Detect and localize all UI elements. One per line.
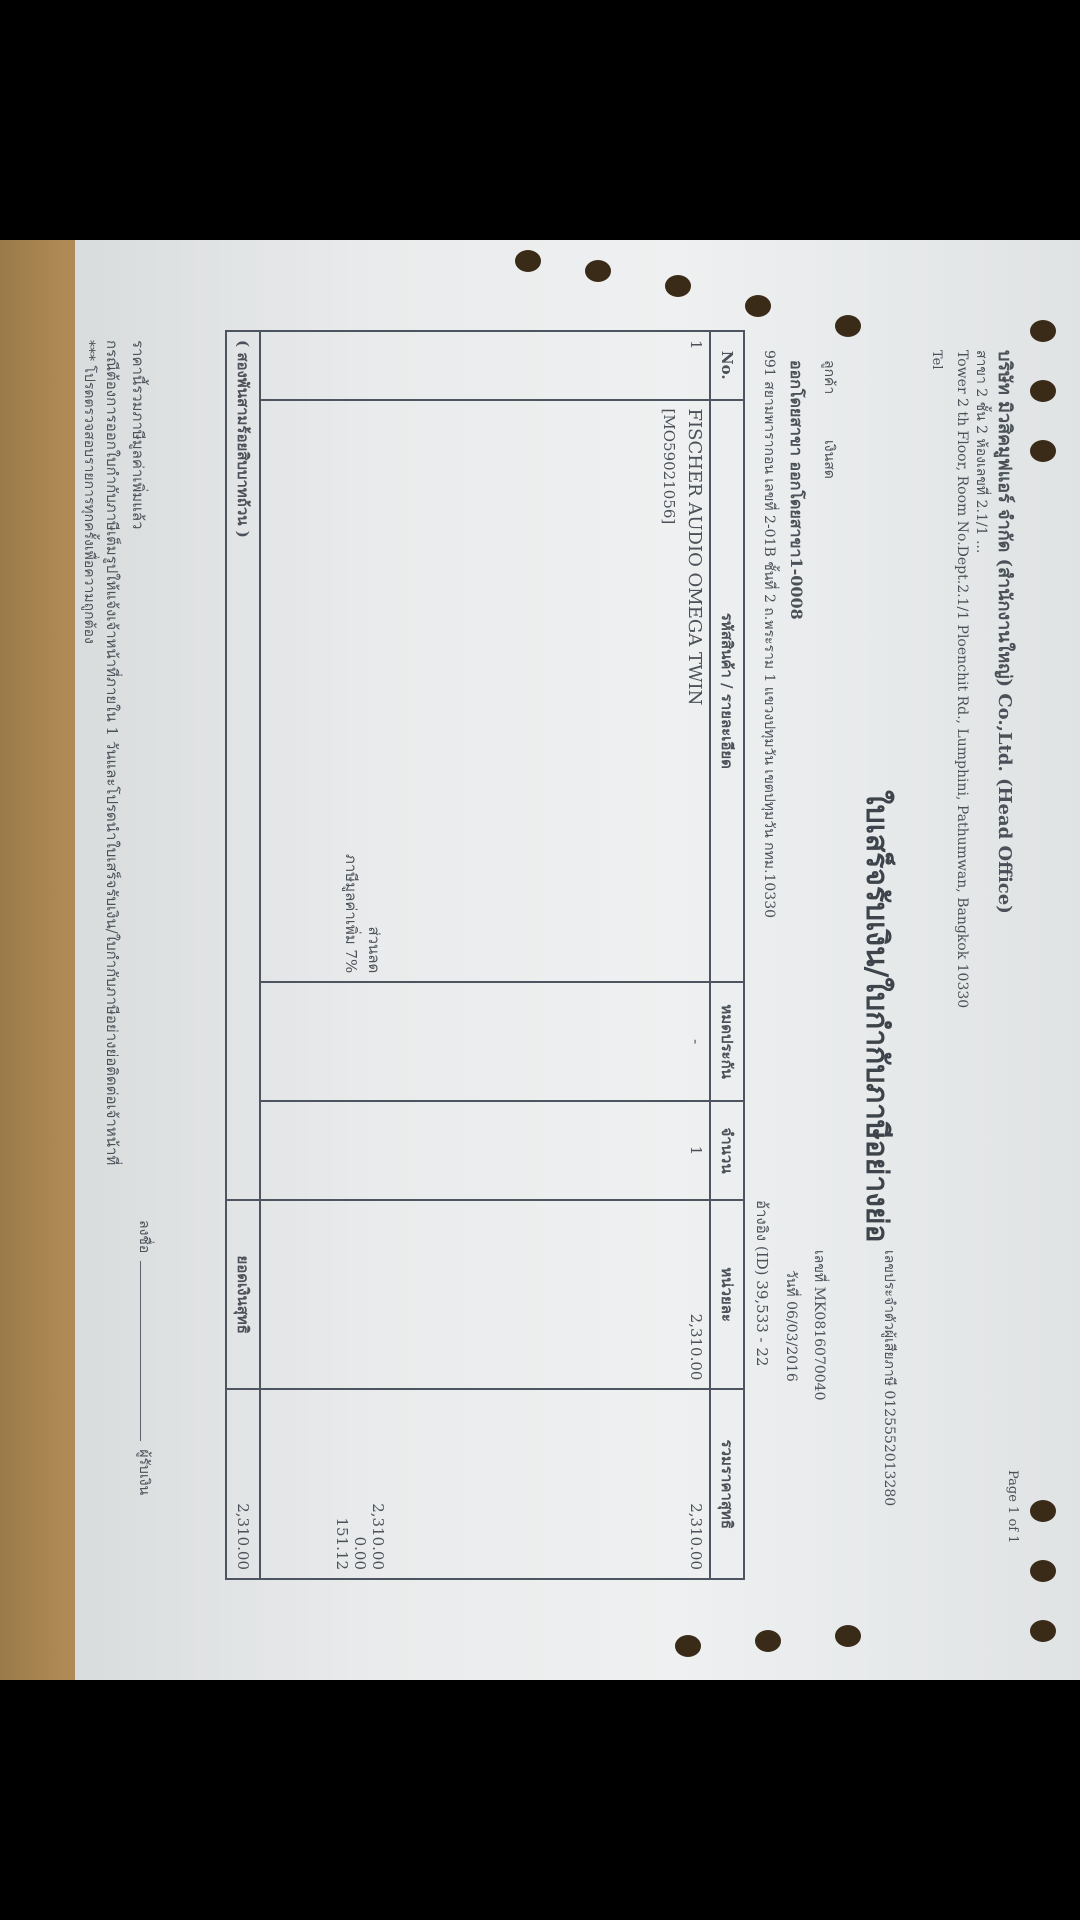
discount-value: 0.00	[351, 1398, 369, 1570]
product-name: FISCHER AUDIO OMEGA TWIN	[684, 409, 705, 974]
table-header-row: No. รหัสสินค้า / รายละเอียด หมดประกัน จำ…	[710, 331, 744, 1579]
col-amount: รวมราคาสุทธิ	[710, 1389, 744, 1579]
row-warranty: -	[260, 982, 710, 1101]
col-unit-price: หน่วยละ	[710, 1200, 744, 1390]
customer-label: ลูกค้า	[818, 360, 840, 394]
row-description: FISCHER AUDIO OMEGA TWIN [MO59021056] ส่…	[260, 400, 710, 983]
full-tax-invoice-note: กรณีต้องการออกใบกำกับภาษีเต็มรูปให้แจ้งเ…	[100, 340, 124, 1165]
check-items-note: *** โปรดตรวจสอบรายการทุกครั้งเพื่อความถู…	[78, 340, 100, 644]
net-label: ยอดเงินสุทธิ	[226, 1200, 260, 1390]
summary-labels: ส่วนลด ภาษีมูลค่าเพิ่ม 7%	[340, 854, 385, 973]
discount-label: ส่วนลด	[363, 854, 386, 973]
total-row: ( สองพันสามร้อยสิบบาทถ้วน ) ยอดเงินสุทธิ…	[226, 331, 260, 1579]
col-warranty: หมดประกัน	[710, 982, 744, 1101]
company-name: บริษัท มิวสิคมูฟแอร์ จำกัด (สำนักงานใหญ่…	[991, 350, 1020, 914]
row-qty: 1	[260, 1101, 710, 1200]
vat-value: 151.12	[333, 1398, 351, 1570]
signature-line: ลงชื่อผู้รับเงิน	[133, 1220, 155, 1495]
net-total: 2,310.00	[226, 1389, 260, 1579]
col-description: รหัสสินค้า / รายละเอียด	[710, 400, 744, 983]
company-address-en: Tower 2 th Floor, Room No.Dept.2.1/1 Plo…	[954, 350, 970, 1008]
subtotal-value: 2,310.00	[369, 1398, 387, 1570]
row-amount: 2,310.00 2,310.00 0.00 151.12	[260, 1389, 710, 1579]
vat-included-note: ราคานี้รวมภาษีมูลค่าเพิ่มแล้ว	[126, 340, 150, 529]
customer-address: 991 สยามพารากอน เลขที่ 2-01B ชั้นที่ 2 ถ…	[758, 350, 780, 918]
product-code: [MO59021056]	[660, 409, 678, 974]
amount-in-words: ( สองพันสามร้อยสิบบาทถ้วน )	[226, 331, 260, 1200]
invoice-number: เลขที่ MK0816070040	[808, 1250, 830, 1401]
col-qty: จำนวน	[710, 1101, 744, 1200]
page-number: Page 1 of 1	[1005, 1470, 1020, 1544]
tax-id: เลขประจำตัวผู้เสียภาษี 0125552013280	[878, 1250, 900, 1506]
tel-label: Tel	[929, 350, 944, 370]
receipt-paper: บริษัท มิวสิคมูฟแอร์ จำกัด (สำนักงานใหญ่…	[75, 240, 1080, 1680]
items-table: No. รหัสสินค้า / รายละเอียด หมดประกัน จำ…	[225, 330, 745, 1580]
customer-name: เงินสด	[818, 440, 840, 479]
photo-black-top	[0, 0, 1080, 240]
invoice-date: วันที่ 06/03/2016	[780, 1270, 802, 1382]
issuing-branch: ออกโดยสาขา ออกโดยสาขา1-0008	[783, 360, 808, 620]
row-unit-price: 2,310.00	[260, 1200, 710, 1390]
col-no: No.	[710, 331, 744, 400]
row-no: 1	[260, 331, 710, 400]
photo-black-bottom	[0, 1680, 1080, 1920]
reference-id: อ้างอิง (ID) 39,533 - 22	[750, 1200, 774, 1366]
company-address-th: สาขา 2 ชั้น 2 ห้องเลขที่ 2.1/1 ...	[970, 350, 992, 553]
table-row: 1 FISCHER AUDIO OMEGA TWIN [MO59021056] …	[260, 331, 710, 1579]
document-title: ใบเสร็จรับเงิน/ใบกำกับภาษีอย่างย่อ	[853, 790, 900, 1242]
receipt-content: บริษัท มิวสิคมูฟแอร์ จำกัด (สำนักงานใหญ่…	[75, 240, 1080, 1680]
vat-label: ภาษีมูลค่าเพิ่ม 7%	[340, 854, 363, 973]
